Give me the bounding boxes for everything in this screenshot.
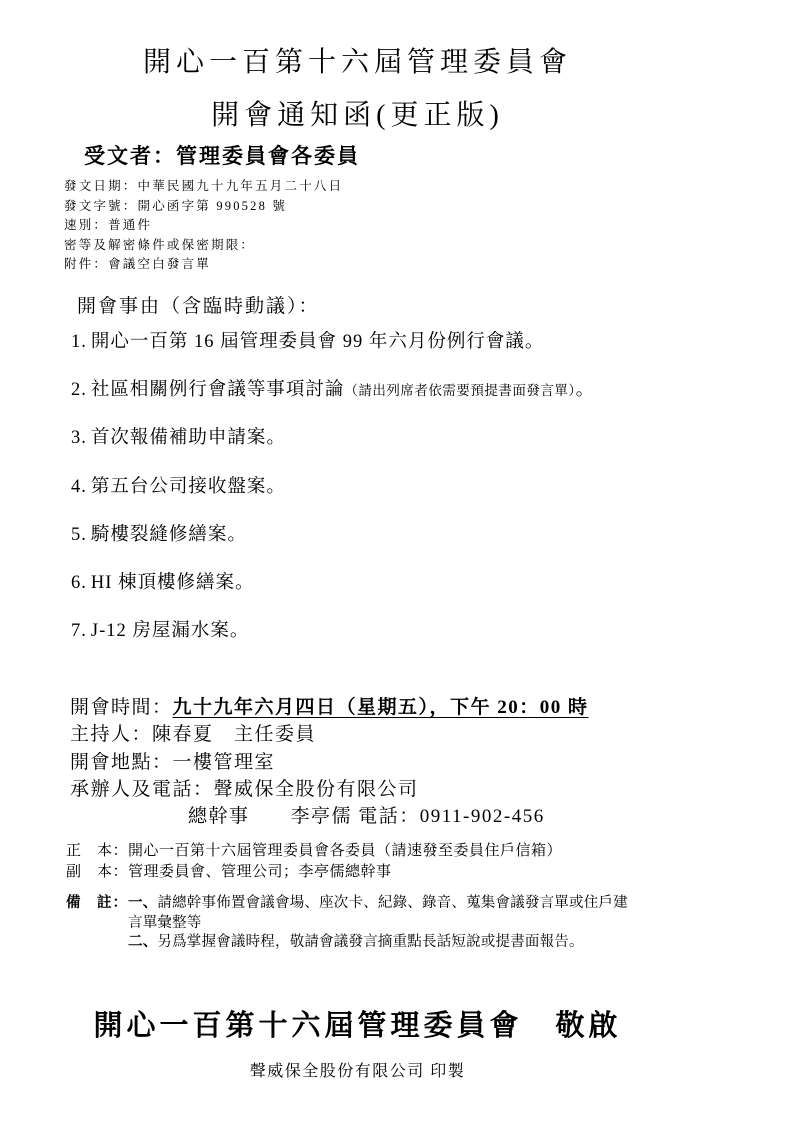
agenda-item-3: 3.首次報備補助申請案。	[71, 423, 731, 471]
agenda-item-text: J-12 房屋漏水案。	[91, 621, 250, 641]
remark-item-1: 一、請總幹事佈置會議會場、座次卡、紀錄、錄音、蒐集會議發言單或住戶建言單彙整等	[128, 894, 636, 933]
agenda-item-number: 5.	[71, 525, 87, 545]
copies-original-value: 開心一百第十六屆管理委員會各委員（請速發至委員住戶信箱）	[128, 842, 562, 859]
agenda-item-text: 第五台公司接收盤案。	[91, 477, 286, 497]
meeting-time-line: 開會時間：九十九年六月四日（星期五），下午 20：00 時	[70, 694, 760, 721]
agenda-item-6: 6.HI 棟頂樓修繕案。	[71, 568, 731, 616]
recipient-line: 受文者：管理委員會各委員	[84, 140, 360, 170]
copies-original-label: 正 本：	[66, 841, 128, 862]
agenda-item-text: 騎樓裂縫修繕案。	[91, 525, 247, 545]
copies-cc-label: 副 本：	[66, 862, 128, 883]
remark-item-text: 另爲掌握會議時程，敬請會議發言摘重點長話短說或提書面報告。	[157, 934, 583, 950]
document-meta-block: 發文日期：中華民國九十九年五月二十八日 發文字號：開心函字第 990528 號 …	[64, 177, 343, 275]
footer-printer: 聲威保全股份有限公司 印製	[85, 1058, 630, 1081]
agenda-item-text: 社區相關例行會議等事項討論	[91, 380, 345, 400]
subject-heading: 開會事由（含臨時動議）：	[77, 291, 320, 318]
remarks-items: 一、請總幹事佈置會議會場、座次卡、紀錄、錄音、蒐集會議發言單或住戶建言單彙整等 …	[128, 894, 636, 953]
meeting-time-value: 九十九年六月四日（星期五），下午 20：00 時	[173, 697, 589, 718]
copies-original-row: 正 本：開心一百第十六屆管理委員會各委員（請速發至委員住戶信箱）	[66, 841, 562, 862]
agenda-item-4: 4.第五台公司接收盤案。	[71, 472, 731, 520]
document-page: 開心一百第十六屆管理委員會 開會通知函(更正版) 受文者：管理委員會各委員 發文…	[0, 0, 794, 1123]
meta-priority: 速別：普通件	[64, 216, 343, 236]
agenda-item-number: 7.	[71, 621, 87, 641]
remarks-block: 備 註： 一、請總幹事佈置會議會場、座次卡、紀錄、錄音、蒐集會議發言單或住戶建言…	[66, 894, 636, 953]
remarks-label: 備 註：	[66, 894, 128, 953]
agenda-item-number: 2.	[71, 380, 87, 400]
agenda-list: 1.開心一百第 16 屆管理委員會 99 年六月份例行會議。 2.社區相關例行會…	[71, 327, 731, 664]
agenda-item-number: 1.	[71, 332, 87, 352]
meeting-organizer-contact-line: 總幹事 李亭儒 電話：0911-902-456	[70, 803, 760, 830]
agenda-item-tail: 。	[576, 380, 596, 400]
meeting-host-line: 主持人：陳春夏 主任委員	[70, 721, 760, 748]
agenda-item-text: 開心一百第 16 屆管理委員會 99 年六月份例行會議。	[91, 332, 545, 352]
document-title: 開心一百第十六屆管理委員會 開會通知函(更正版)	[85, 40, 630, 133]
document-title-line1: 開心一百第十六屆管理委員會	[85, 40, 630, 80]
agenda-item-number: 4.	[71, 477, 87, 497]
agenda-item-text: HI 棟頂樓修繕案。	[91, 573, 255, 593]
remark-item-number: 二、	[128, 934, 157, 950]
copies-block: 正 本：開心一百第十六屆管理委員會各委員（請速發至委員住戶信箱） 副 本：管理委…	[66, 841, 562, 882]
meeting-time-label: 開會時間：	[70, 697, 173, 718]
meta-security: 密等及解密條件或保密期限：	[64, 236, 343, 256]
meeting-location-line: 開會地點：一樓管理室	[70, 749, 760, 776]
copies-cc-value: 管理委員會、管理公司；李亭儒總幹事	[128, 863, 392, 880]
agenda-item-number: 3.	[71, 428, 87, 448]
copies-cc-row: 副 本：管理委員會、管理公司；李亭儒總幹事	[66, 862, 562, 883]
agenda-item-text: 首次報備補助申請案。	[91, 428, 286, 448]
agenda-item-1: 1.開心一百第 16 屆管理委員會 99 年六月份例行會議。	[71, 327, 731, 375]
meeting-organizer-line: 承辦人及電話：聲威保全股份有限公司	[70, 776, 760, 803]
remark-item-2: 二、另爲掌握會議時程，敬請會議發言摘重點長話短說或提書面報告。	[128, 933, 636, 953]
meeting-info-block: 開會時間：九十九年六月四日（星期五），下午 20：00 時 主持人：陳春夏 主任…	[70, 694, 760, 830]
agenda-item-5: 5.騎樓裂縫修繕案。	[71, 520, 731, 568]
meta-issue-date: 發文日期：中華民國九十九年五月二十八日	[64, 177, 343, 197]
agenda-item-2: 2.社區相關例行會議等事項討論（請出列席者依需要預提書面發言單）。	[71, 375, 731, 423]
meta-attachment: 附件：會議空白發言單	[64, 255, 343, 275]
meta-doc-number: 發文字號：開心函字第 990528 號	[64, 197, 343, 217]
remark-item-number: 一、	[128, 895, 157, 911]
document-title-line2: 開會通知函(更正版)	[85, 93, 630, 133]
footer-signoff: 開心一百第十六屆管理委員會 敬啟	[85, 1003, 630, 1044]
remark-item-text: 請總幹事佈置會議會場、座次卡、紀錄、錄音、蒐集會議發言單或住戶建言單彙整等	[128, 895, 628, 931]
agenda-item-number: 6.	[71, 573, 87, 593]
agenda-item-note: （請出列席者依需要預提書面發言單）	[344, 383, 575, 398]
agenda-item-7: 7.J-12 房屋漏水案。	[71, 616, 731, 664]
